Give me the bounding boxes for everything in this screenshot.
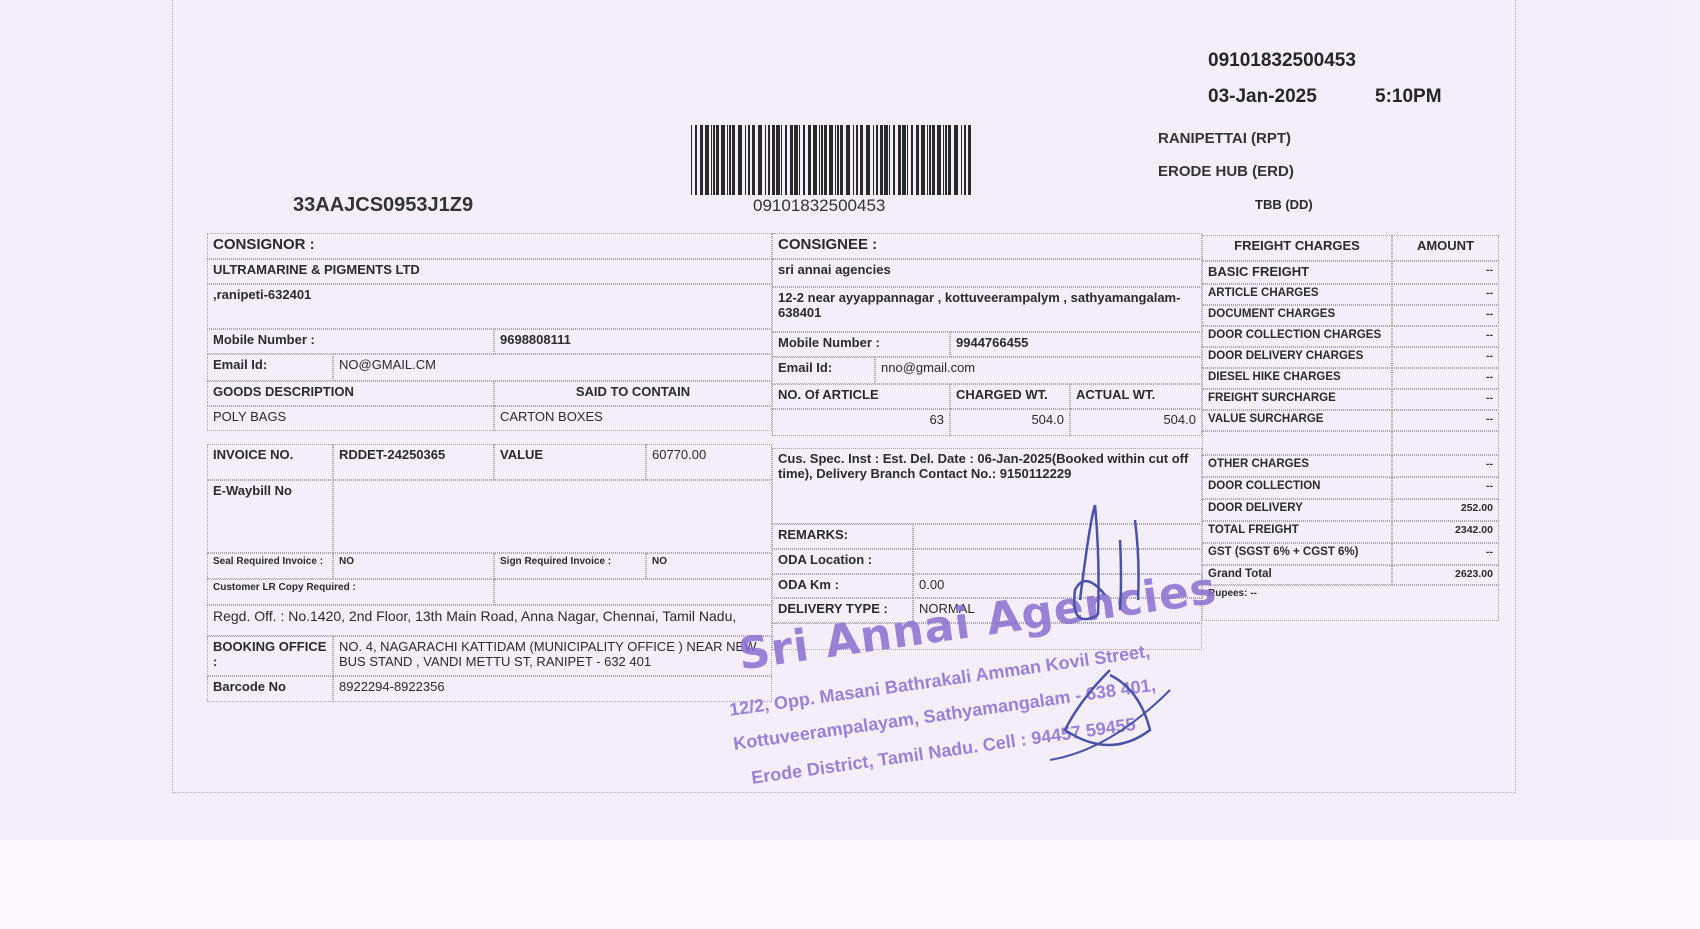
consignee-name: sri annai agencies bbox=[772, 259, 1202, 287]
origin-branch: RANIPETTAI (RPT) bbox=[1158, 130, 1291, 147]
gstin: 33AAJCS0953J1Z9 bbox=[293, 194, 473, 217]
charge-amount: 252.00 bbox=[1392, 499, 1499, 521]
charge-amount bbox=[1392, 431, 1499, 455]
scan-margin bbox=[0, 840, 1700, 929]
barcode-no-label: Barcode No bbox=[207, 676, 333, 702]
consignor-name: ULTRAMARINE & PIGMENTS LTD bbox=[207, 259, 772, 284]
charged-wt: 504.0 bbox=[950, 409, 1070, 436]
consignor-email-label: Email Id: bbox=[207, 354, 333, 381]
charge-amount: -- bbox=[1392, 347, 1499, 368]
barcode-image bbox=[691, 125, 973, 195]
invoice-value: 60770.00 bbox=[646, 444, 772, 480]
charge-amount: -- bbox=[1392, 284, 1499, 305]
invoice-number: RDDET-24250365 bbox=[333, 444, 494, 480]
charge-label: FREIGHT SURCHARGE bbox=[1202, 389, 1392, 410]
amount-header: AMOUNT bbox=[1392, 235, 1499, 261]
signature-mark bbox=[1050, 500, 1190, 800]
lr-copy-label: Customer LR Copy Required : bbox=[207, 579, 494, 605]
charge-amount: -- bbox=[1392, 410, 1499, 431]
charge-label bbox=[1202, 431, 1392, 455]
sign-required-value: NO bbox=[646, 553, 772, 579]
charge-amount: -- bbox=[1392, 368, 1499, 389]
rupees-in-words: Rupees: -- bbox=[1202, 585, 1499, 621]
consignee-mobile: 9944766455 bbox=[950, 332, 1202, 357]
charge-label: DOOR DELIVERY bbox=[1202, 499, 1392, 521]
seal-required-label: Seal Required Invoice : bbox=[207, 553, 333, 579]
actual-wt: 504.0 bbox=[1070, 409, 1202, 436]
barcode-no-value: 8922294-8922356 bbox=[333, 676, 772, 702]
registered-office: Regd. Off. : No.1420, 2nd Floor, 13th Ma… bbox=[207, 605, 772, 636]
consignor-title-text: CONSIGNOR : bbox=[213, 236, 315, 253]
charge-label: DOCUMENT CHARGES bbox=[1202, 305, 1392, 326]
payment-mode: TBB (DD) bbox=[1255, 197, 1313, 212]
charge-amount: 2623.00 bbox=[1392, 565, 1499, 585]
charge-label: VALUE SURCHARGE bbox=[1202, 410, 1392, 431]
charge-amount: -- bbox=[1392, 543, 1499, 565]
actual-wt-label: ACTUAL WT. bbox=[1070, 384, 1202, 409]
said-to-contain: CARTON BOXES bbox=[494, 406, 772, 431]
consignee-title-text: CONSIGNEE : bbox=[778, 236, 877, 253]
barcode-number: 09101832500453 bbox=[753, 196, 885, 216]
charge-label: DOOR COLLECTION CHARGES bbox=[1202, 326, 1392, 347]
charge-label: DOOR COLLECTION bbox=[1202, 477, 1392, 499]
charge-label: ARTICLE CHARGES bbox=[1202, 284, 1392, 305]
ewaybill-number bbox=[333, 480, 772, 553]
ewaybill-label: E-Waybill No bbox=[207, 480, 333, 553]
destination-branch: ERODE HUB (ERD) bbox=[1158, 163, 1294, 180]
charge-label: DIESEL HIKE CHARGES bbox=[1202, 368, 1392, 389]
charge-amount: -- bbox=[1392, 326, 1499, 347]
freight-charges-header: FREIGHT CHARGES bbox=[1202, 235, 1392, 261]
oda-location-label: ODA Location : bbox=[772, 549, 913, 574]
charge-label: GST (SGST 6% + CGST 6%) bbox=[1202, 543, 1392, 565]
booking-date: 03-Jan-2025 bbox=[1208, 86, 1317, 108]
goods-description: POLY BAGS bbox=[207, 406, 494, 431]
charge-amount: -- bbox=[1392, 389, 1499, 410]
sign-required-label: Sign Required Invoice : bbox=[494, 553, 646, 579]
consignor-title: CONSIGNOR : bbox=[207, 233, 772, 259]
charge-label: OTHER CHARGES bbox=[1202, 455, 1392, 477]
charge-label: BASIC FREIGHT bbox=[1202, 261, 1392, 284]
remarks-label: REMARKS: bbox=[772, 524, 913, 549]
booking-office-address: NO. 4, NAGARACHI KATTIDAM (MUNICIPALITY … bbox=[333, 636, 772, 676]
charge-label: TOTAL FREIGHT bbox=[1202, 521, 1392, 543]
consignee-address: 12-2 near ayyappannagar , kottuveerampal… bbox=[772, 287, 1202, 332]
charge-label: DOOR DELIVERY CHARGES bbox=[1202, 347, 1392, 368]
articles-label: NO. Of ARTICLE bbox=[772, 384, 950, 409]
value-label: VALUE bbox=[494, 444, 646, 480]
charge-amount: -- bbox=[1392, 477, 1499, 499]
consignor-email: NO@GMAIL.CM bbox=[333, 354, 772, 381]
said-to-contain-label: SAID TO CONTAIN bbox=[494, 381, 772, 406]
consignee-title: CONSIGNEE : bbox=[772, 233, 1202, 259]
consignee-email: nno@gmail.com bbox=[875, 357, 1202, 384]
articles-count: 63 bbox=[772, 409, 950, 436]
consignee-email-label: Email Id: bbox=[772, 357, 875, 384]
consignor-address: ,ranipeti-632401 bbox=[207, 284, 772, 329]
charged-wt-label: CHARGED WT. bbox=[950, 384, 1070, 409]
charge-amount: -- bbox=[1392, 261, 1499, 284]
consignee-mobile-label: Mobile Number : bbox=[772, 332, 950, 357]
consignor-mobile-label: Mobile Number : bbox=[207, 329, 494, 354]
invoice-label: INVOICE NO. bbox=[207, 444, 333, 480]
consignor-mobile: 9698808111 bbox=[494, 329, 772, 354]
charge-amount: -- bbox=[1392, 305, 1499, 326]
booking-office-label: BOOKING OFFICE : bbox=[207, 636, 333, 676]
booking-time: 5:10PM bbox=[1375, 86, 1442, 108]
lr-number: 09101832500453 bbox=[1208, 50, 1356, 72]
goods-description-label: GOODS DESCRIPTION bbox=[207, 381, 494, 406]
charge-label: Grand Total bbox=[1202, 565, 1392, 585]
charge-amount: -- bbox=[1392, 455, 1499, 477]
oda-km-label: ODA Km : bbox=[772, 574, 913, 598]
charge-amount: 2342.00 bbox=[1392, 521, 1499, 543]
lr-copy-value bbox=[494, 579, 772, 605]
seal-required-value: NO bbox=[333, 553, 494, 579]
